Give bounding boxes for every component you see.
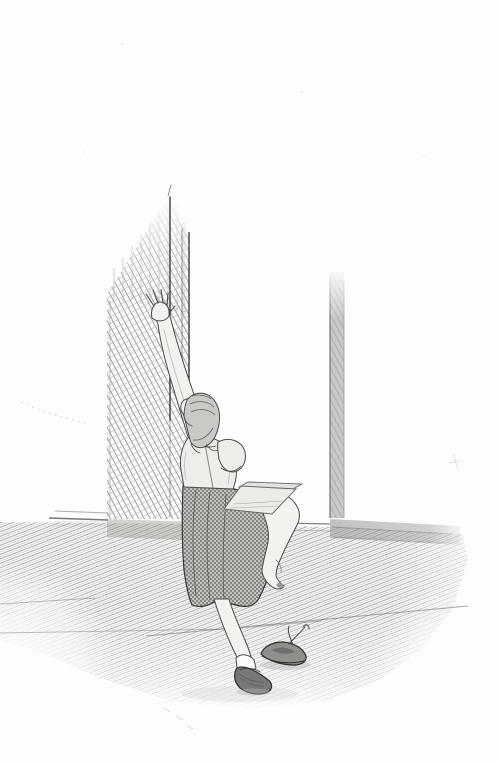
manga-panel-illustration: Black-and-white manga illustration: a yo… <box>0 0 500 762</box>
shoe-shadow <box>236 689 270 696</box>
illustration-canvas: Black-and-white manga illustration: a yo… <box>0 0 500 762</box>
hand-palm <box>151 302 169 321</box>
right-mullion <box>330 265 345 518</box>
